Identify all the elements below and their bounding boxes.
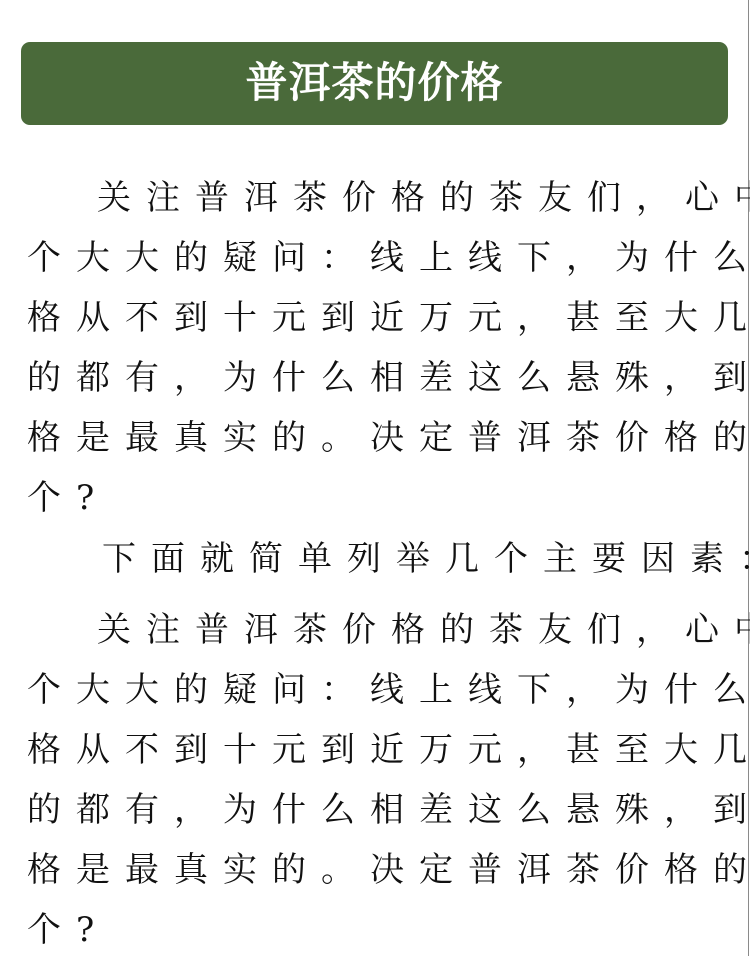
paragraph-line: 关注普洱茶价格的茶友们，心中一定有一 xyxy=(97,610,750,650)
paragraph-line: 个? xyxy=(27,478,109,518)
paragraph-line: 个? xyxy=(27,910,109,950)
title-banner: 普洱茶的价格 xyxy=(21,42,728,125)
paragraph-line: 个大大的疑问：线上线下，为什么普洱茶的价 xyxy=(27,238,750,278)
page-title: 普洱茶的价格 xyxy=(245,62,503,104)
paragraph-line: 的都有，为什么相差这么悬殊，到底哪一个价 xyxy=(27,358,750,398)
paragraph-line: 格从不到十元到近万元，甚至大几万，十几万 xyxy=(27,730,750,770)
paragraph-line: 下面就简单列举几个主要因素： xyxy=(102,539,750,579)
paragraph-line: 格是最真实的。决定普洱茶价格的因素都有几 xyxy=(27,850,750,890)
paragraph-line: 格从不到十元到近万元，甚至大几万，十几万 xyxy=(27,298,750,338)
paragraph-line: 关注普洱茶价格的茶友们，心中一定有一 xyxy=(97,178,750,218)
paragraph-line: 格是最真实的。决定普洱茶价格的因素都有几 xyxy=(27,418,750,458)
paragraph-line: 的都有，为什么相差这么悬殊，到底哪一个价 xyxy=(27,790,750,830)
paragraph-line: 个大大的疑问：线上线下，为什么普洱茶的价 xyxy=(27,670,750,710)
